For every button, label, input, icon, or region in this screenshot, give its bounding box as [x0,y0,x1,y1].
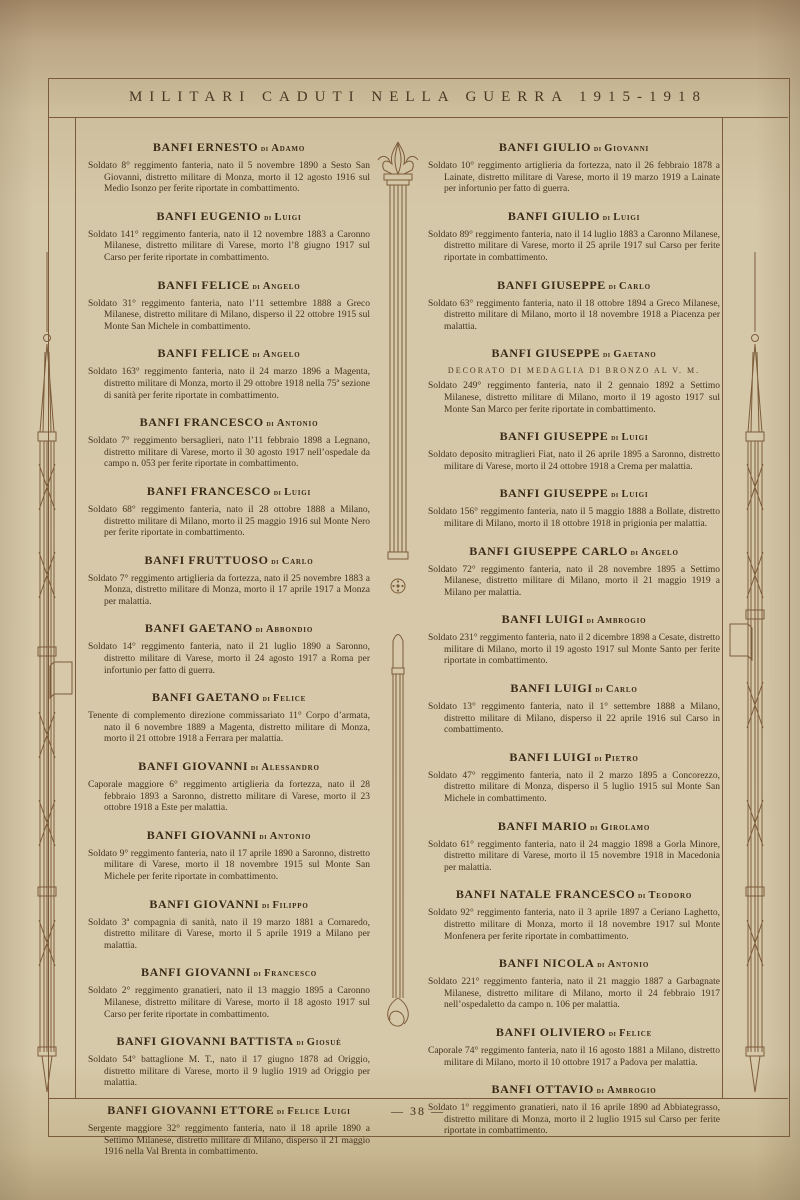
page-number: — 38 — [48,1104,788,1119]
entry-name: BANFI OTTAVIO di Ambrogio [428,1082,720,1097]
entry-name: BANFI FELICE di Angelo [88,278,370,293]
entry-text: Soldato 13° reggimento fanteria, nato il… [428,702,720,737]
entry-name: BANFI GIUSEPPE di Luigi [428,486,720,501]
entry-name: BANFI GAETANO di Abbondio [88,621,370,636]
entry-name: BANFI MARIO di Girolamo [428,819,720,834]
casualty-entry: BANFI GIUSEPPE CARLO di AngeloSoldato 72… [428,544,720,600]
casualty-entry: BANFI OLIVIERO di FeliceCaporale 74° reg… [428,1025,720,1069]
entry-name: BANFI FRUTTUOSO di Carlo [88,553,370,568]
casualty-entry: BANFI NATALE FRANCESCO di TeodoroSoldato… [428,887,720,943]
casualty-entry: BANFI GIUSEPPE di CarloSoldato 63° reggi… [428,278,720,334]
entry-text: Soldato 47° reggimento fanteria, nato il… [428,771,720,806]
entry-name: BANFI GIUSEPPE di Gaetano [428,346,720,361]
casualty-entry: BANFI GIULIO di LuigiSoldato 89° reggime… [428,209,720,265]
entry-text: Soldato 63° reggimento fanteria, nato il… [428,299,720,334]
entry-text: Soldato 2° reggimento granatieri, nato i… [88,986,370,1021]
entry-text: Soldato 10° reggimento artiglieria da fo… [428,161,720,196]
entry-name: BANFI GIOVANNI di Antonio [88,828,370,843]
inner-left-rule [75,117,76,1098]
casualty-entry: BANFI NICOLA di AntonioSoldato 221° regg… [428,956,720,1012]
casualty-entry: BANFI FRANCESCO di LuigiSoldato 68° regg… [88,484,370,540]
entry-text: Soldato 156° reggimento fanteria, nato i… [428,507,720,530]
casualty-entry: BANFI MARIO di GirolamoSoldato 61° reggi… [428,819,720,875]
entry-name: BANFI NATALE FRANCESCO di Teodoro [428,887,720,902]
entry-text: Soldato 7° reggimento bersaglieri, nato … [88,436,370,471]
inner-right-rule [722,117,723,1098]
entry-name: BANFI LUIGI di Carlo [428,681,720,696]
casualty-entry: BANFI GAETANO di AbbondioSoldato 14° reg… [88,621,370,677]
entry-text: Soldato 9° reggimento fanteria, nato il … [88,849,370,884]
entry-name: BANFI EUGENIO di Luigi [88,209,370,224]
entry-text: Soldato deposito mitraglieri Fiat, nato … [428,450,720,473]
entry-text: Soldato 8° reggimento fanteria, nato il … [88,161,370,196]
entry-text: Soldato 3ª compagnia di sanità, nato il … [88,918,370,953]
entry-name: BANFI GIUSEPPE di Luigi [428,429,720,444]
casualty-entry: BANFI FRUTTUOSO di CarloSoldato 7° reggi… [88,553,370,609]
entry-name: BANFI GIUSEPPE di Carlo [428,278,720,293]
casualty-entry: BANFI LUIGI di PietroSoldato 47° reggime… [428,750,720,806]
casualty-entry: BANFI FELICE di AngeloSoldato 31° reggim… [88,278,370,334]
entry-text: Soldato 89° reggimento fanteria, nato il… [428,230,720,265]
decoration-line: DECORATO DI MEDAGLIA DI BRONZO AL V. M. [428,366,720,375]
entry-name: BANFI GIUSEPPE CARLO di Angelo [428,544,720,559]
title-band: MILITARI CADUTI NELLA GUERRA 1915-1918 [48,78,788,117]
entry-name: BANFI FRANCESCO di Luigi [88,484,370,499]
casualty-entry: BANFI GIULIO di GiovanniSoldato 10° regg… [428,140,720,196]
casualty-entry: BANFI GIOVANNI di FrancescoSoldato 2° re… [88,965,370,1021]
entry-name: BANFI GIOVANNI BATTISTA di Giosuè [88,1034,370,1049]
casualty-entry: BANFI ERNESTO di AdamoSoldato 8° reggime… [88,140,370,196]
entry-name: BANFI GIOVANNI di Francesco [88,965,370,980]
casualty-entry: BANFI GIOVANNI di AlessandroCaporale mag… [88,759,370,815]
entry-name: BANFI GIOVANNI di Alessandro [88,759,370,774]
entry-name: BANFI FELICE di Angelo [88,346,370,361]
casualty-entry: BANFI GIOVANNI di AntonioSoldato 9° regg… [88,828,370,884]
entry-name: BANFI GIULIO di Giovanni [428,140,720,155]
entry-text: Caporale 74° reggimento fanteria, nato i… [428,1046,720,1069]
casualty-entry: BANFI LUIGI di CarloSoldato 13° reggimen… [428,681,720,737]
entry-text: Soldato 61° reggimento fanteria, nato il… [428,840,720,875]
entry-text: Soldato 7° reggimento artiglieria da for… [88,574,370,609]
entry-text: Soldato 72° reggimento fanteria, nato il… [428,565,720,600]
left-column: BANFI ERNESTO di AdamoSoldato 8° reggime… [88,140,370,1172]
title-band-bottom-rule [48,117,788,118]
casualty-entry: BANFI GIUSEPPE di LuigiSoldato 156° regg… [428,486,720,530]
entry-text: Soldato 249° reggimento fanteria, nato i… [428,381,720,416]
page-title: MILITARI CADUTI NELLA GUERRA 1915-1918 [48,78,788,117]
right-column: BANFI GIULIO di GiovanniSoldato 10° regg… [428,140,720,1151]
casualty-entry: BANFI GIUSEPPE di LuigiSoldato deposito … [428,429,720,473]
casualty-entry: BANFI FELICE di AngeloSoldato 163° reggi… [88,346,370,402]
casualty-entry: BANFI GIUSEPPE di GaetanoDECORATO DI MED… [428,346,720,416]
entry-name: BANFI ERNESTO di Adamo [88,140,370,155]
entry-text: Caporale maggiore 6° reggimento artiglie… [88,780,370,815]
entry-text: Soldato 163° reggimento fanteria, nato i… [88,367,370,402]
entry-text: Soldato 231° reggimento fanteria, nato i… [428,633,720,668]
entry-name: BANFI FRANCESCO di Antonio [88,415,370,430]
entry-name: BANFI LUIGI di Pietro [428,750,720,765]
entry-text: Soldato 221° reggimento fanteria, nato i… [428,977,720,1012]
entry-name: BANFI GIULIO di Luigi [428,209,720,224]
entry-text: Soldato 141° reggimento fanteria, nato i… [88,230,370,265]
casualty-entry: BANFI FRANCESCO di AntonioSoldato 7° reg… [88,415,370,471]
entry-text: Sergente maggiore 32° reggimento fanteri… [88,1124,370,1159]
entry-text: Soldato 31° reggimento fanteria, nato l’… [88,299,370,334]
casualty-entry: BANFI GIOVANNI BATTISTA di GiosuèSoldato… [88,1034,370,1090]
entry-text: Soldato 68° reggimento fanteria, nato il… [88,505,370,540]
entry-name: BANFI LUIGI di Ambrogio [428,612,720,627]
entry-name: BANFI OLIVIERO di Felice [428,1025,720,1040]
casualty-entry: BANFI GAETANO di FeliceTenente di comple… [88,690,370,746]
entry-name: BANFI GIOVANNI di Filippo [88,897,370,912]
entry-name: BANFI GAETANO di Felice [88,690,370,705]
casualty-entry: BANFI EUGENIO di LuigiSoldato 141° reggi… [88,209,370,265]
casualty-entry: BANFI LUIGI di AmbrogioSoldato 231° regg… [428,612,720,668]
entry-text: Soldato 54° battaglione M. T., nato il 1… [88,1055,370,1090]
casualty-entry: BANFI GIOVANNI di FilippoSoldato 3ª comp… [88,897,370,953]
entry-text: Tenente di complemento direzione commiss… [88,711,370,746]
entry-name: BANFI NICOLA di Antonio [428,956,720,971]
entry-text: Soldato 92° reggimento fanteria, nato il… [428,908,720,943]
entry-text: Soldato 14° reggimento fanteria, nato il… [88,642,370,677]
